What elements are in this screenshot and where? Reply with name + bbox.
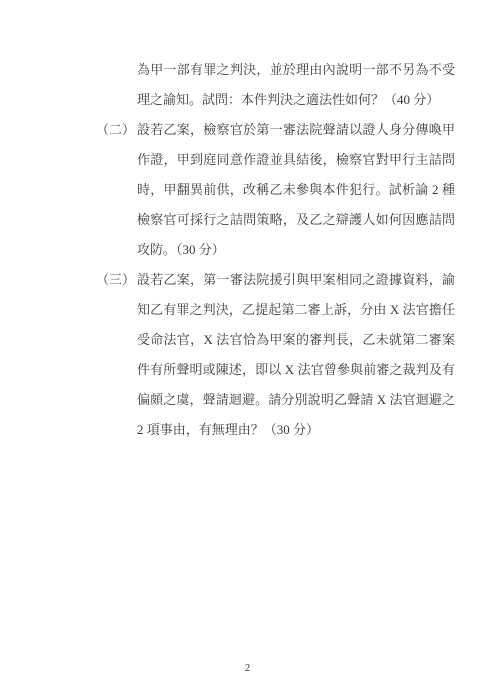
- text-line: 理之諭知。試問：本件判決之適法性如何？（40 分）: [137, 85, 455, 115]
- text-line: 攻防。（30 分）: [137, 235, 455, 265]
- item-label-3: （三）: [96, 265, 135, 295]
- text-line: 檢察官可採行之詰問策略，及乙之辯護人如何因應詰問: [137, 205, 455, 235]
- item-label-2: （二）: [96, 115, 135, 145]
- text-line: 時，甲翻異前供，改稱乙未參與本件犯行。試析論 2 種: [137, 175, 455, 205]
- question-2-block: （二） 設若乙案，檢察官於第一審法院聲請以證人身分傳喚甲 作證，甲到庭同意作證並…: [96, 115, 455, 265]
- question-3-block: （三） 設若乙案，第一審法院援引與甲案相同之證據資料，諭 知乙有罪之判決，乙提起…: [96, 265, 455, 445]
- text-line: 知乙有罪之判決，乙提起第二審上訴，分由 X 法官擔任: [137, 295, 455, 325]
- text-line: 受命法官，X 法官恰為甲案的審判長，乙未就第二審案: [137, 325, 455, 355]
- question-1-continuation-block: 為甲一部有罪之判決，並於理由內說明一部不另為不受 理之諭知。試問：本件判決之適法…: [96, 55, 455, 115]
- exam-document-page: 為甲一部有罪之判決，並於理由內說明一部不另為不受 理之諭知。試問：本件判決之適法…: [0, 0, 495, 700]
- text-line: 設若乙案，第一審法院援引與甲案相同之證據資料，諭: [137, 265, 455, 295]
- text-line: 2 項事由，有無理由？（30 分）: [137, 415, 455, 445]
- text-line: 件有所聲明或陳述，即以 X 法官曾參與前審之裁判及有: [137, 355, 455, 385]
- page-number: 2: [0, 661, 495, 675]
- text-line: 為甲一部有罪之判決，並於理由內說明一部不另為不受: [137, 55, 455, 85]
- text-line: 設若乙案，檢察官於第一審法院聲請以證人身分傳喚甲: [137, 115, 455, 145]
- text-line: 作證，甲到庭同意作證並具結後，檢察官對甲行主詰問: [137, 145, 455, 175]
- question-text-column: 為甲一部有罪之判決，並於理由內說明一部不另為不受 理之諭知。試問：本件判決之適法…: [96, 55, 455, 445]
- text-line: 偏頗之虞，聲請迴避。請分別說明乙聲請 X 法官迴避之: [137, 385, 455, 415]
